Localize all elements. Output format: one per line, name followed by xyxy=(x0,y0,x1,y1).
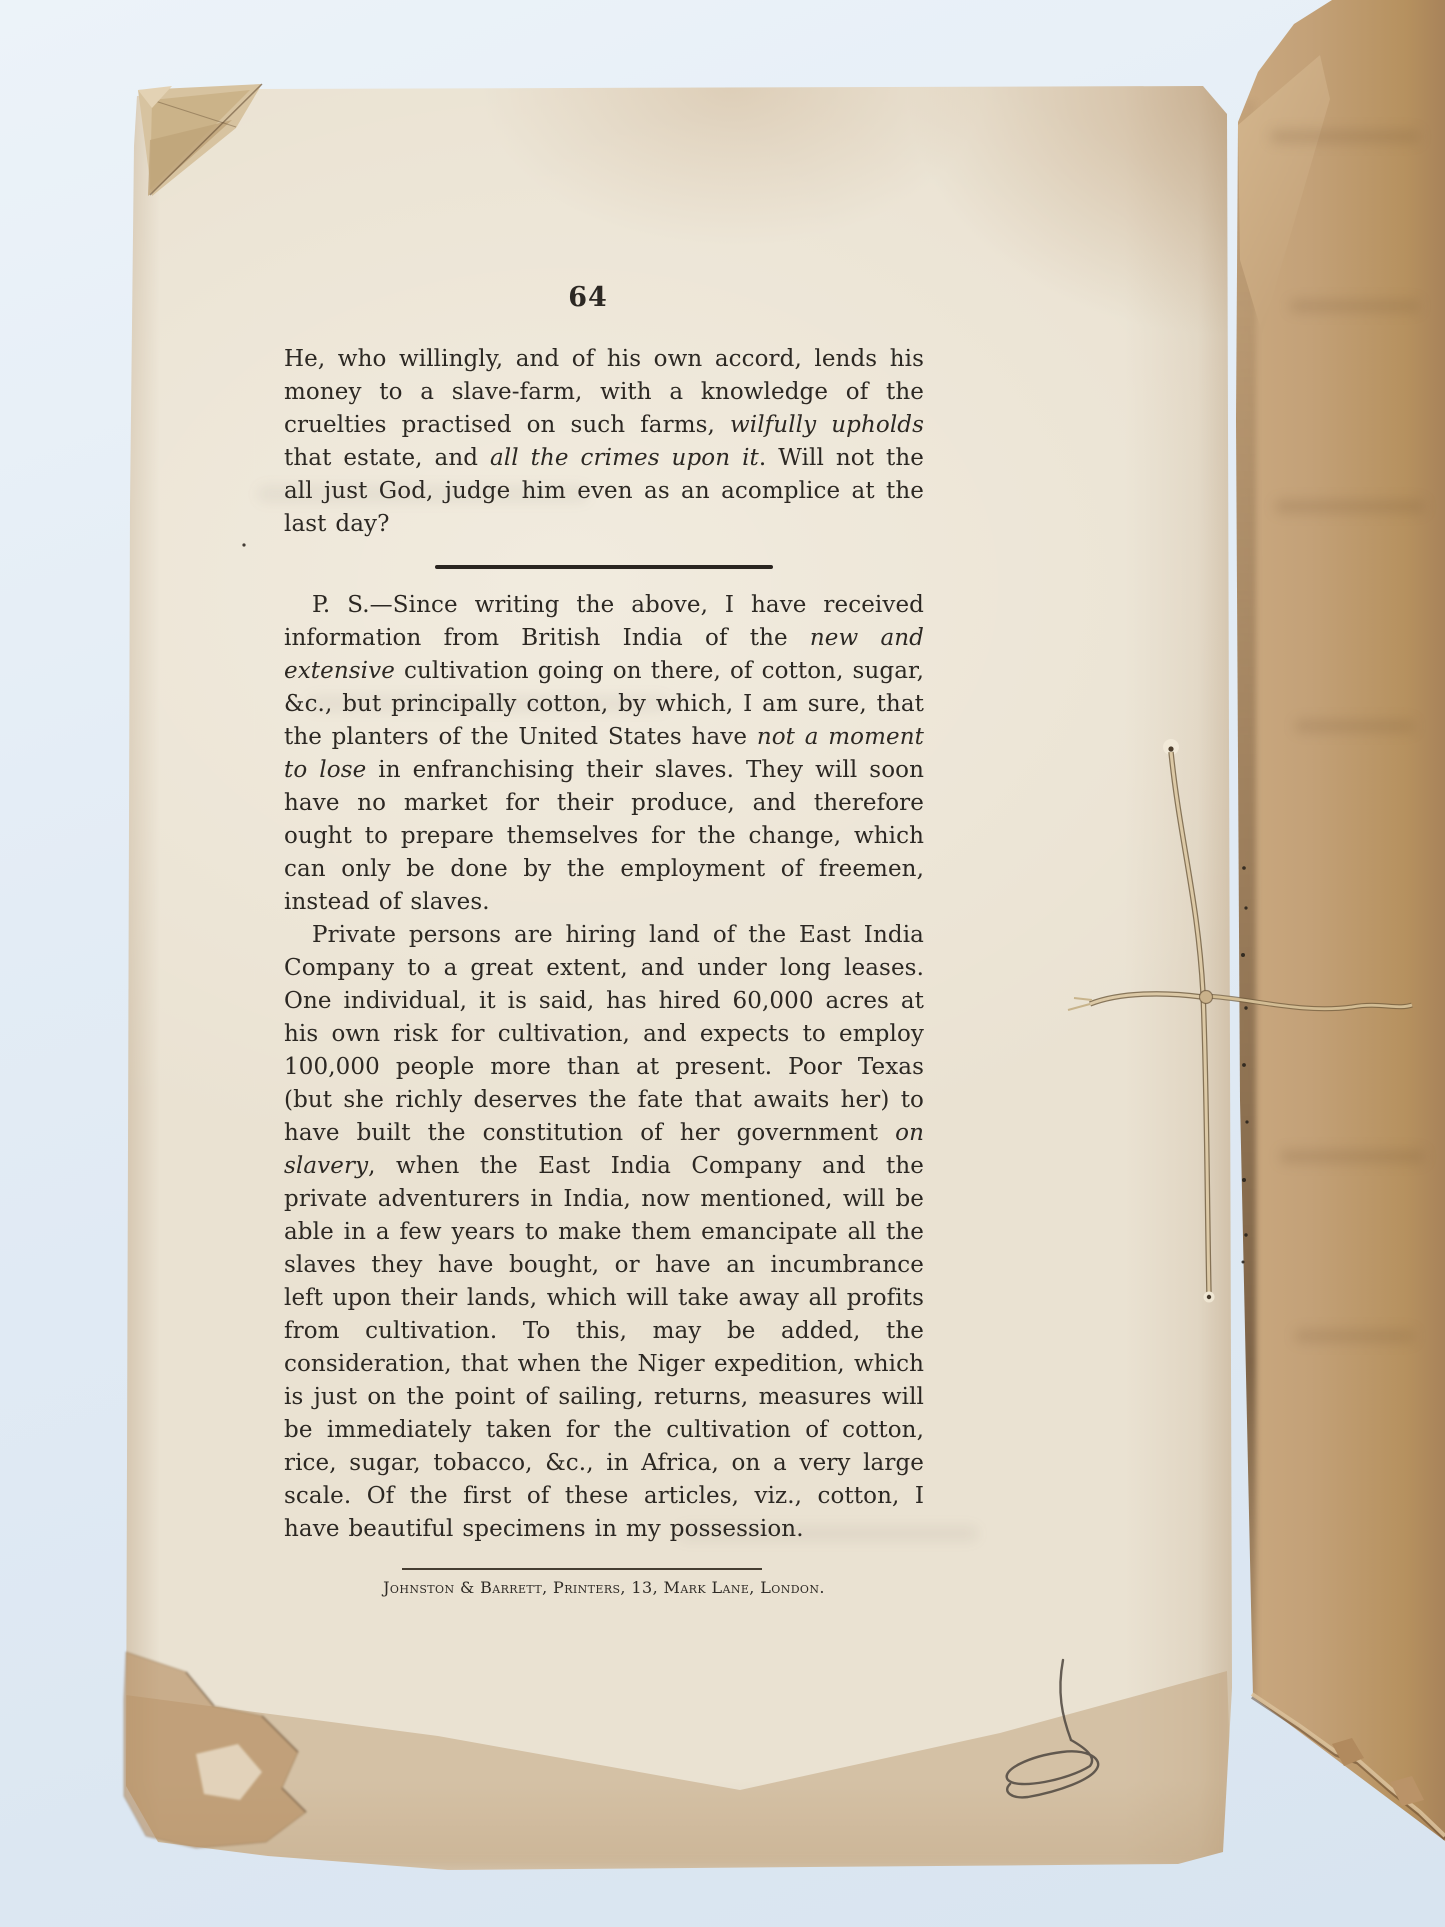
page-number: 64 xyxy=(268,282,908,313)
section-rule xyxy=(435,565,773,569)
printer-imprint: Johnston & Barrett, Printers, 13, Mark L… xyxy=(284,1578,924,1597)
imprint-rule xyxy=(402,1568,762,1570)
showthrough-mark xyxy=(1295,1330,1415,1342)
showthrough-mark xyxy=(1275,500,1425,513)
showthrough-mark xyxy=(1295,720,1415,732)
photo-scene: 64 He, who willingly, and of his own acc… xyxy=(0,0,1445,1927)
paragraph-2: P. S.—Since writing the above, I have re… xyxy=(284,589,924,919)
showthrough-mark xyxy=(1270,130,1420,143)
pamphlet-page: 64 He, who willingly, and of his own acc… xyxy=(118,86,1234,1870)
letterpress-text: 64 He, who willingly, and of his own acc… xyxy=(284,282,924,1597)
paragraph-1: He, who willingly, and of his own accord… xyxy=(284,343,924,541)
paragraph-3: Private persons are hiring land of the E… xyxy=(284,919,924,1546)
showthrough-mark xyxy=(1290,300,1420,312)
showthrough-mark xyxy=(1280,1150,1425,1163)
